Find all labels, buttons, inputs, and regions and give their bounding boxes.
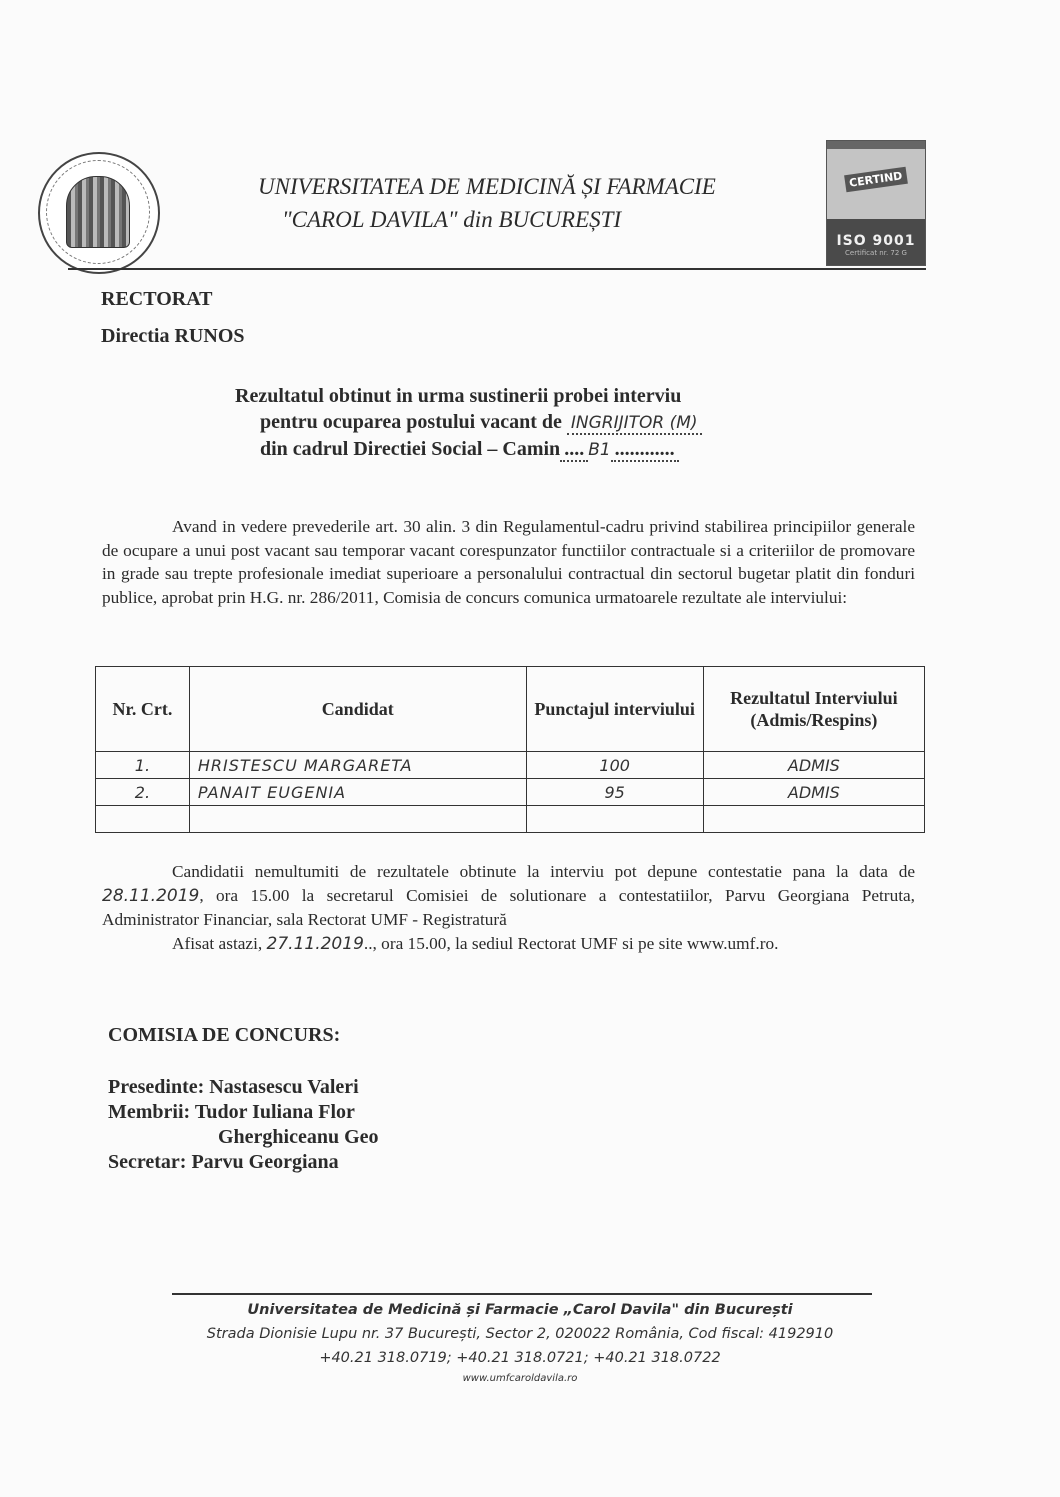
cell-rezultat: ADMIS xyxy=(703,752,924,779)
table-row: 2. PANAIT EUGENIA 95 ADMIS xyxy=(96,779,925,806)
cell-candidat: HRISTESCU MARGARETA xyxy=(189,752,526,779)
col-nr: Nr. Crt. xyxy=(96,667,190,752)
commission-secretary: Secretar: Parvu Georgiana xyxy=(108,1150,339,1175)
university-seal-logo xyxy=(38,152,160,274)
iso-certificate: Certificat nr. 72 G xyxy=(827,249,925,257)
posted-line: Afisat astazi, 27.11.2019.., ora 15.00, … xyxy=(102,932,915,957)
cell-punctaj xyxy=(526,806,703,833)
cell-punctaj: 100 xyxy=(526,752,703,779)
intro-paragraph: Avand in vedere prevederile art. 30 alin… xyxy=(102,515,915,609)
commission-title: COMISIA DE CONCURS: xyxy=(108,1024,340,1047)
results-table: Nr. Crt. Candidat Punctajul interviului … xyxy=(95,666,925,833)
university-name-line1: UNIVERSITATEA DE MEDICINĂ ȘI FARMACIE xyxy=(258,170,818,203)
cell-nr: 2. xyxy=(96,779,190,806)
footer-institution: Universitatea de Medicină și Farmacie „C… xyxy=(120,1298,920,1322)
cell-candidat xyxy=(189,806,526,833)
contest-paragraph: Candidatii nemultumiti de rezultatele ob… xyxy=(102,860,915,956)
iso-badge-topbar xyxy=(827,141,925,149)
table-header-row: Nr. Crt. Candidat Punctajul interviului … xyxy=(96,667,925,752)
commission-members-2: Gherghiceanu Geo xyxy=(218,1125,379,1150)
cell-rezultat xyxy=(703,806,924,833)
heading-line1: Rezultatul obtinut in urma sustinerii pr… xyxy=(235,383,702,409)
footer-divider xyxy=(172,1293,872,1295)
commission-members-1: Membrii: Tudor Iuliana Flor xyxy=(108,1100,355,1125)
cell-nr: 1. xyxy=(96,752,190,779)
building-emblem-icon xyxy=(66,176,130,248)
university-title: UNIVERSITATEA DE MEDICINĂ ȘI FARMACIE "C… xyxy=(258,170,818,236)
cell-rezultat: ADMIS xyxy=(703,779,924,806)
iso-standard: ISO 9001 xyxy=(827,219,925,249)
table-row: 1. HRISTESCU MARGARETA 100 ADMIS xyxy=(96,752,925,779)
footer-website[interactable]: www.umfcaroldavila.ro xyxy=(120,1370,920,1388)
commission-president: Presedinte: Nastasescu Valeri xyxy=(108,1075,359,1100)
commission-members: Presedinte: Nastasescu Valeri Membrii: T… xyxy=(108,1075,379,1175)
heading-line2: pentru ocuparea postului vacant de INGRI… xyxy=(235,409,702,436)
header-divider xyxy=(68,268,926,270)
col-candidat: Candidat xyxy=(189,667,526,752)
iso-badge-graphic: CERTIND xyxy=(827,149,925,219)
cell-nr xyxy=(96,806,190,833)
contest-deadline: 28.11.2019 xyxy=(102,886,199,906)
rectorat-label: RECTORAT xyxy=(101,288,213,311)
iso-badge-footer: ISO 9001 Certificat nr. 72 G xyxy=(827,219,925,265)
cell-punctaj: 95 xyxy=(526,779,703,806)
col-punctaj: Punctajul interviului xyxy=(526,667,703,752)
footer-address: Strada Dionisie Lupu nr. 37 București, S… xyxy=(120,1322,920,1346)
posted-date: 27.11.2019 xyxy=(267,934,364,954)
iso-certification-badge: CERTIND ISO 9001 Certificat nr. 72 G xyxy=(826,140,926,266)
university-name-line2: "CAROL DAVILA" din BUCUREȘTI xyxy=(258,203,818,236)
camin-field: B1 xyxy=(588,440,610,460)
table-row xyxy=(96,806,925,833)
footer: Universitatea de Medicină și Farmacie „C… xyxy=(120,1298,920,1388)
direction-label: Directia RUNOS xyxy=(101,325,245,348)
footer-phones: +40.21 318.0719; +40.21 318.0721; +40.21… xyxy=(120,1346,920,1370)
cell-candidat: PANAIT EUGENIA xyxy=(189,779,526,806)
document-heading: Rezultatul obtinut in urma sustinerii pr… xyxy=(235,383,702,463)
certind-brand: CERTIND xyxy=(844,167,907,192)
position-field: INGRIJITOR (M) xyxy=(567,413,702,435)
col-rezultat: Rezultatul Interviului (Admis/Respins) xyxy=(703,667,924,752)
heading-line3: din cadrul Directiei Social – Camin....B… xyxy=(235,436,702,463)
